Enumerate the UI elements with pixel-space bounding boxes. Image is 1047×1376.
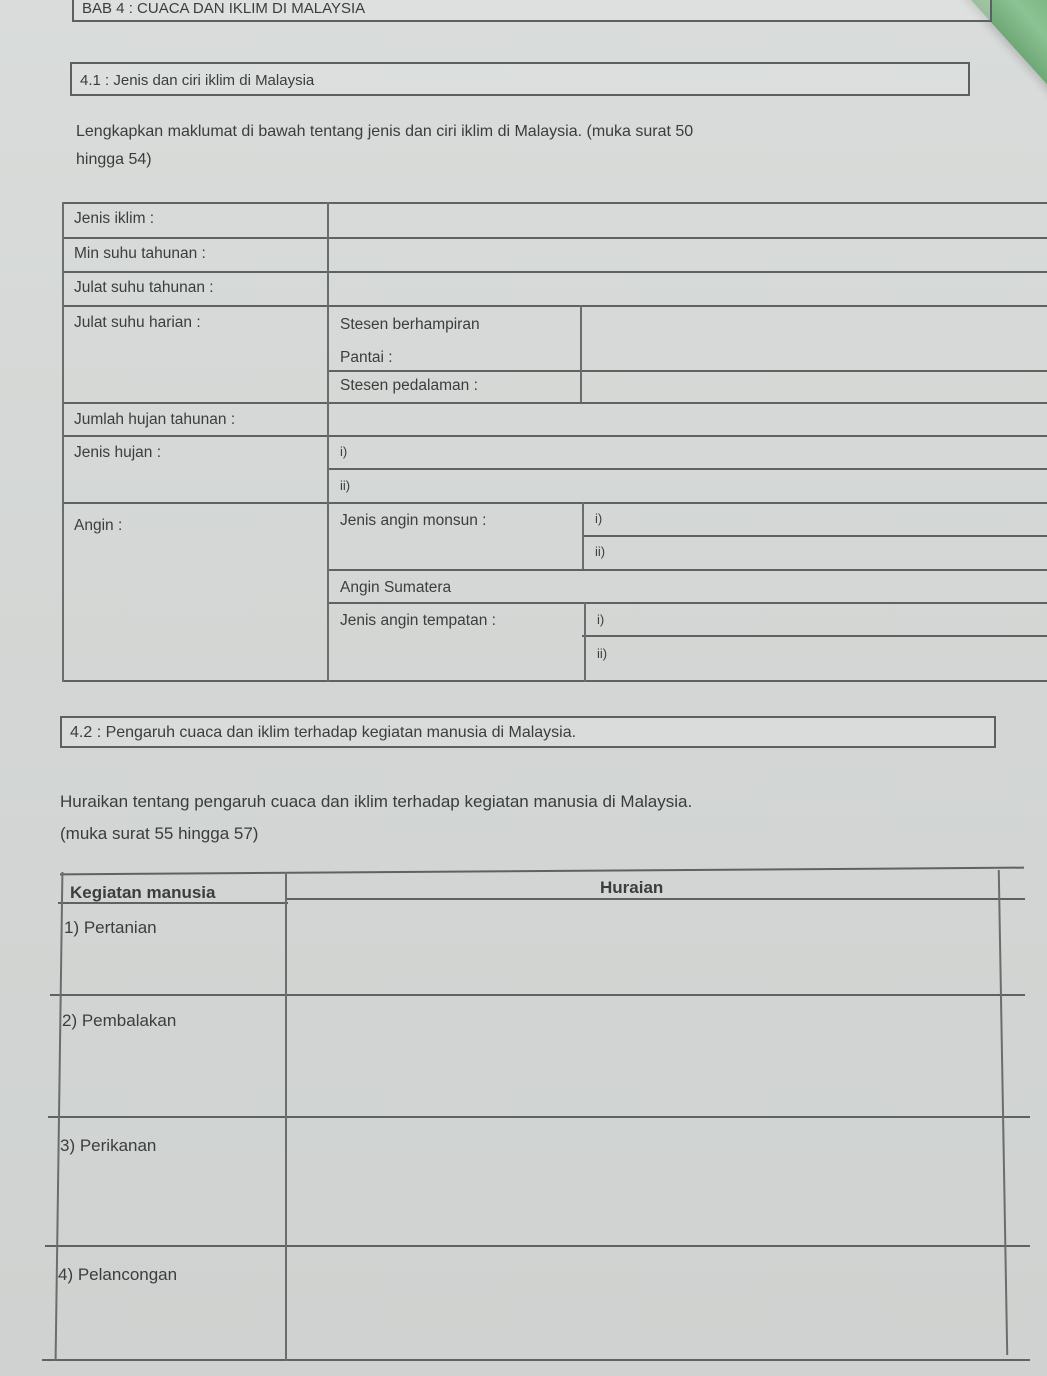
label-min-suhu-tahunan: Min suhu tahunan : <box>74 245 206 263</box>
angin-monsun-i: i) <box>595 511 602 526</box>
label-stesen-pantai: Stesen berhampiran Pantai : <box>340 308 480 374</box>
label-julat-suhu-tahunan: Julat suhu tahunan : <box>74 279 214 297</box>
label-angin: Angin : <box>74 517 122 535</box>
label-julat-suhu-harian: Julat suhu harian : <box>74 314 201 332</box>
label-angin-tempatan: Jenis angin tempatan : <box>340 612 496 630</box>
angin-tempatan-ii: ii) <box>597 646 607 661</box>
section-4-2-instruction: Huraikan tentang pengaruh cuaca dan ikli… <box>60 786 692 850</box>
header-huraian: Huraian <box>600 878 663 898</box>
row-pembalakan: 2) Pembalakan <box>62 1011 176 1031</box>
chapter-title: BAB 4 : CUACA DAN IKLIM DI MALAYSIA <box>72 0 992 22</box>
label-jenis-hujan: Jenis hujan : <box>74 444 161 462</box>
human-activities-table: Kegiatan manusia Huraian 1) Pertanian 2)… <box>40 868 1030 1363</box>
climate-characteristics-table: Jenis iklim : Min suhu tahunan : Julat s… <box>62 202 1047 683</box>
header-kegiatan-manusia: Kegiatan manusia <box>70 883 216 903</box>
section-4-2-heading: 4.2 : Pengaruh cuaca dan iklim terhadap … <box>60 716 996 748</box>
label-jenis-iklim: Jenis iklim : <box>74 210 154 228</box>
label-angin-sumatera: Angin Sumatera <box>340 579 451 597</box>
row-pelancongan: 4) Pelancongan <box>58 1265 177 1285</box>
section-4-1-heading: 4.1 : Jenis dan ciri iklim di Malaysia <box>70 62 970 96</box>
jenis-hujan-ii: ii) <box>340 478 350 493</box>
angin-monsun-ii: ii) <box>595 544 605 559</box>
section-4-1-instruction: Lengkapkan maklumat di bawah tentang jen… <box>76 118 693 174</box>
row-pertanian: 1) Pertanian <box>64 918 157 938</box>
label-angin-monsun: Jenis angin monsun : <box>340 512 486 530</box>
label-stesen-pedalaman: Stesen pedalaman : <box>340 377 478 395</box>
jenis-hujan-i: i) <box>340 444 347 459</box>
angin-tempatan-i: i) <box>597 612 604 627</box>
label-jumlah-hujan: Jumlah hujan tahunan : <box>74 411 235 429</box>
row-perikanan: 3) Perikanan <box>60 1136 156 1156</box>
